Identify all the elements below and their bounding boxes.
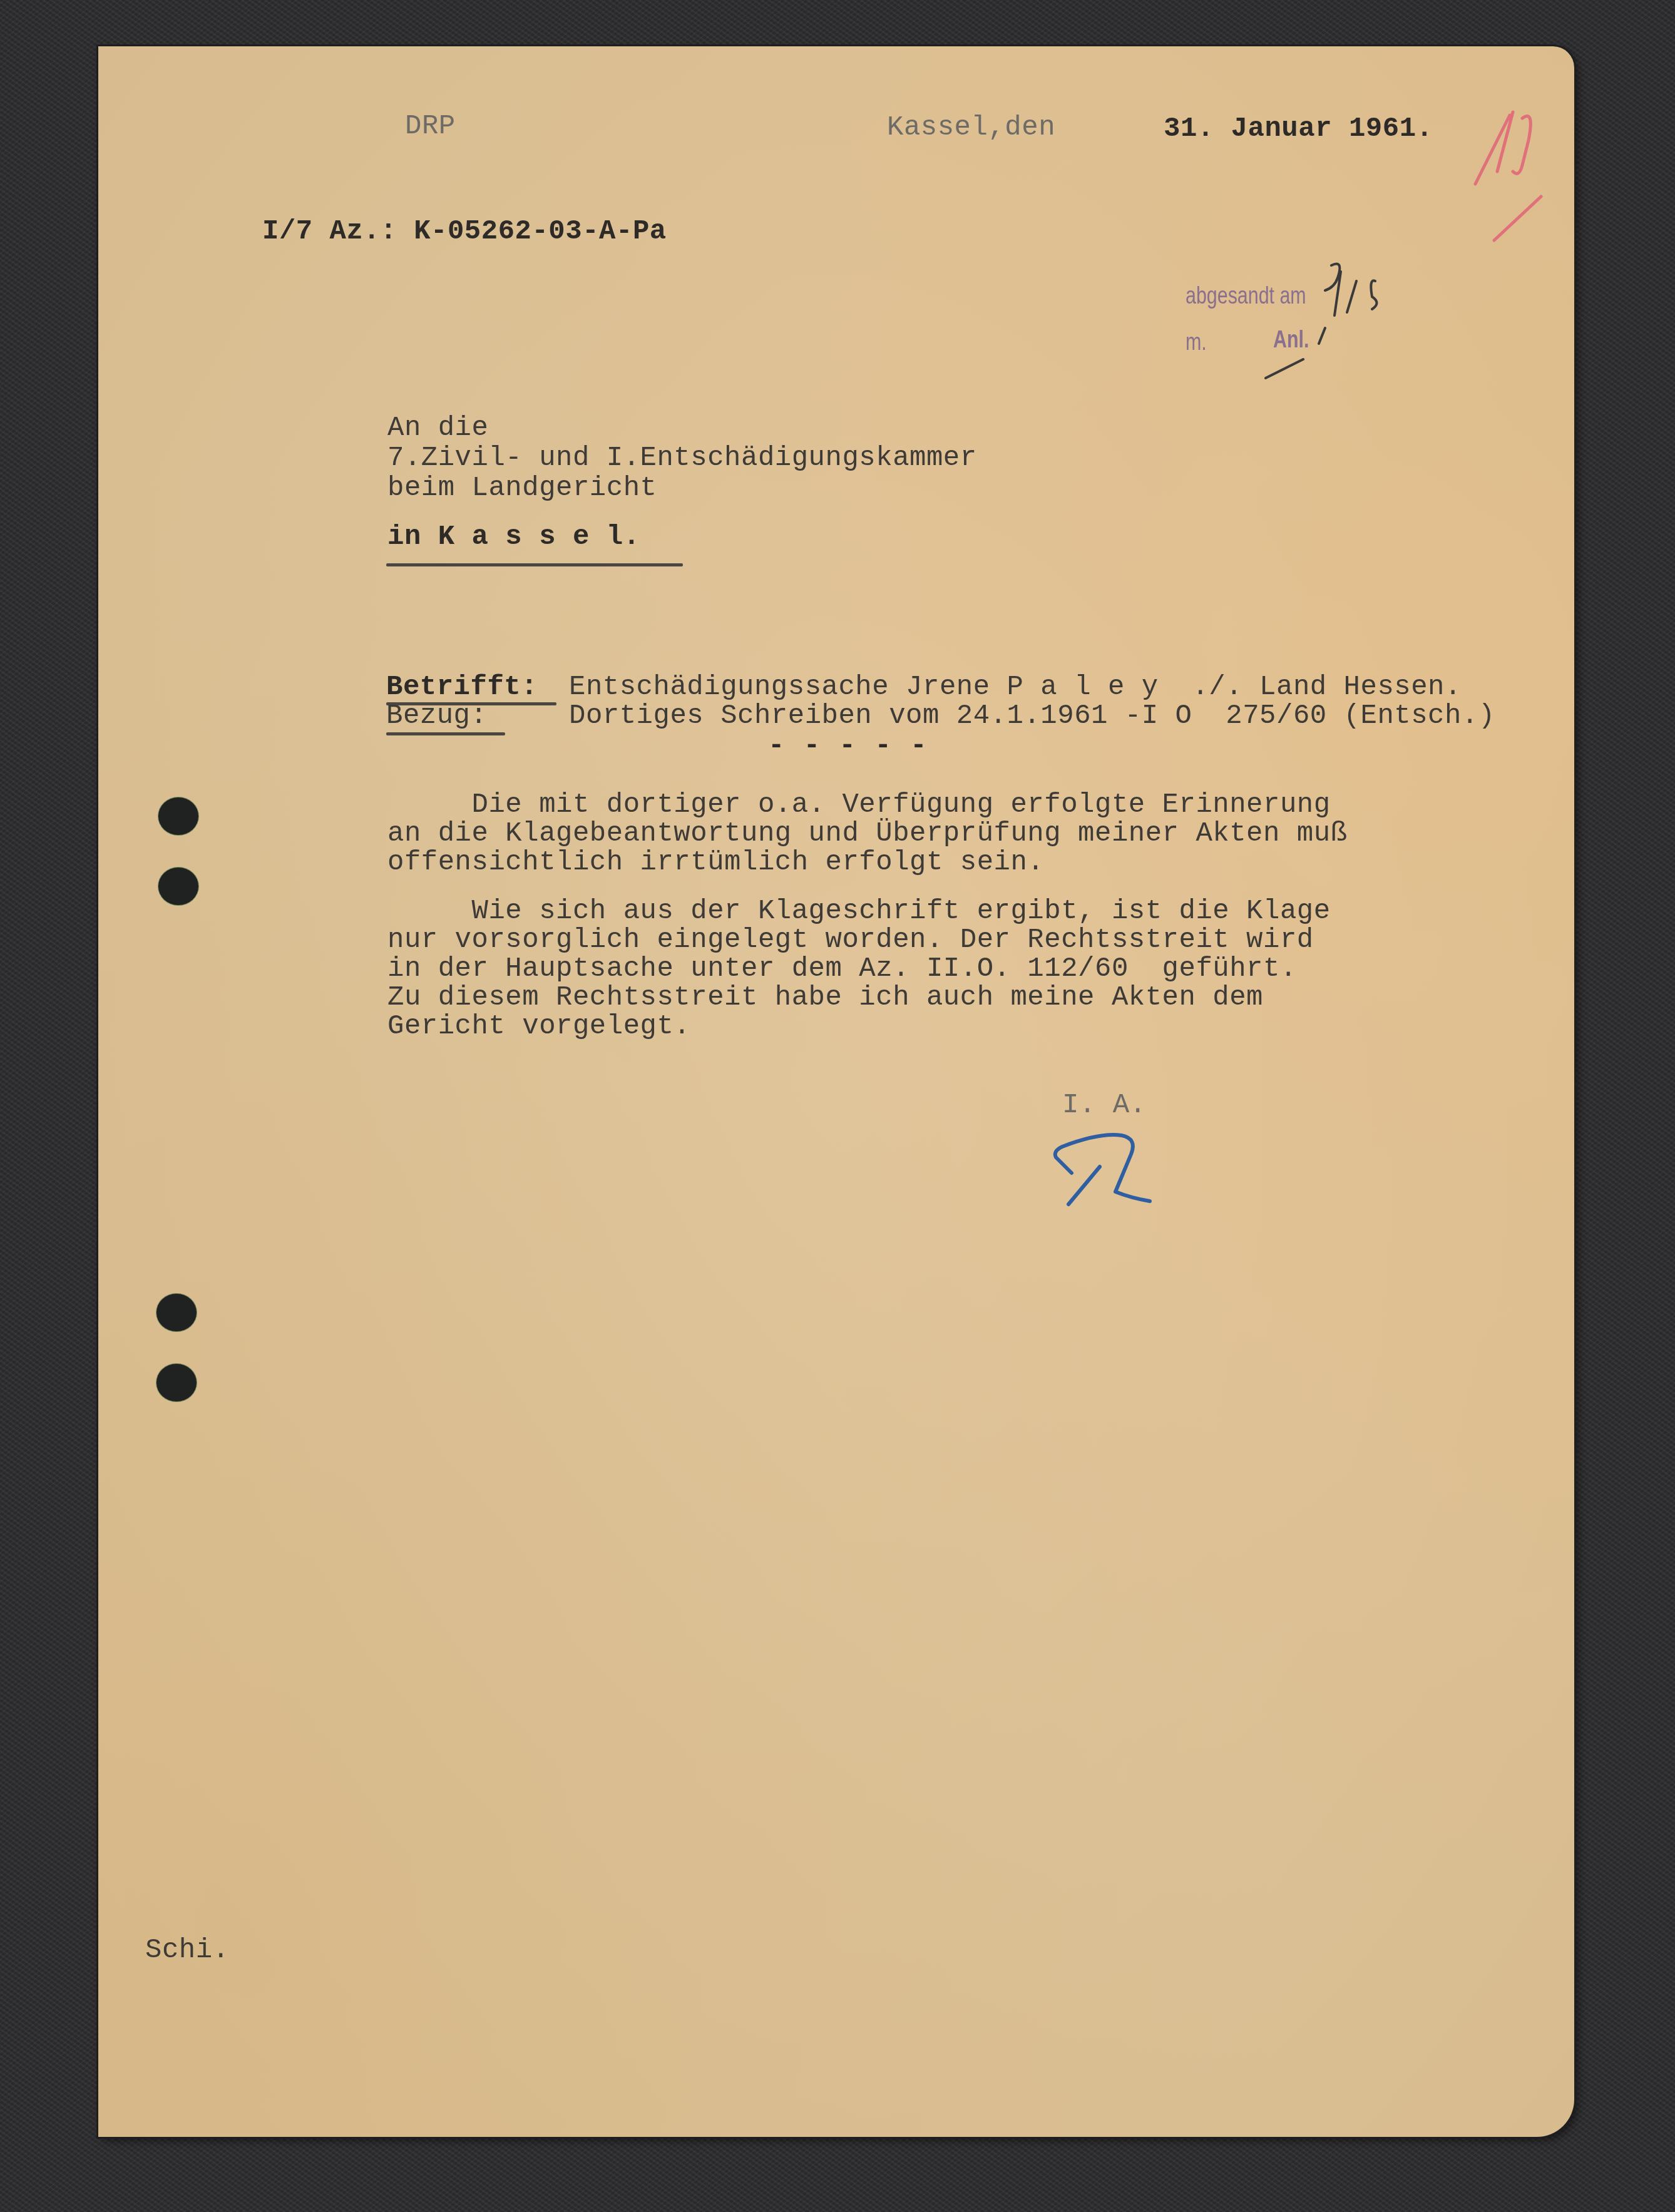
body-p2-line-1: Wie sich aus der Klageschrift ergibt, is… <box>387 896 1331 926</box>
signature-icon <box>1043 1123 1156 1204</box>
recipient-line-3: beim Landgericht <box>387 473 657 503</box>
recipient-line-2: 7.Zivil- und I.Entschädigungskammer <box>387 443 977 473</box>
sender-abbrev: DRP <box>405 111 456 141</box>
punch-hole-3 <box>156 1294 197 1331</box>
recipient-line-1: An die <box>387 413 488 443</box>
body-p2-line-5: Gericht vorgelegt. <box>387 1011 690 1042</box>
letter-page: DRP Kassel,den 31. Januar 1961. I/7 Az.:… <box>98 46 1574 2137</box>
on-behalf-abbrev: I. A. <box>1062 1090 1147 1120</box>
body-p2-line-2: nur vorsorglich eingelegt worden. Der Re… <box>387 925 1314 955</box>
punch-hole-4 <box>156 1364 197 1401</box>
folio-number-13-icon <box>1469 84 1544 247</box>
body-p2-line-4: Zu diesem Rechtsstreit habe ich auch mei… <box>387 983 1263 1013</box>
reference-number: I/7 Az.: K-05262-03-A-Pa <box>262 217 667 247</box>
handwritten-dispatch-date-icon <box>1219 253 1381 378</box>
punch-hole-1 <box>158 797 198 835</box>
bezug-text: Dortiges Schreiben vom 24.1.1961 -I O 27… <box>569 701 1495 731</box>
punch-hole-2 <box>158 868 198 905</box>
betrifft-label: Betrifft: <box>386 672 538 702</box>
letter-date: 31. Januar 1961. <box>1164 114 1433 144</box>
body-p2-line-3: in der Hauptsache unter dem Az. II.O. 11… <box>387 954 1297 984</box>
separator-dashes: - - - - - <box>768 731 928 761</box>
bezug-label: Bezug: <box>386 701 487 731</box>
betrifft-text: Entschädigungssache Jrene P a l e y ./. … <box>569 672 1462 702</box>
city-underline <box>386 563 683 566</box>
bezug-underline <box>386 732 505 735</box>
body-p1-line-1: Die mit dortiger o.a. Verfügung erfolgte… <box>387 790 1331 820</box>
recipient-city: in K a s s e l. <box>387 522 640 552</box>
body-p1-line-2: an die Klagebeantwortung und Überprüfung… <box>387 819 1348 849</box>
typist-initials: Schi. <box>145 1935 230 1965</box>
place-label: Kassel,den <box>887 113 1055 143</box>
dispatch-stamp-line2-prefix: m. <box>1186 329 1207 356</box>
body-p1-line-3: offensichtlich irrtümlich erfolgt sein. <box>387 847 1044 878</box>
